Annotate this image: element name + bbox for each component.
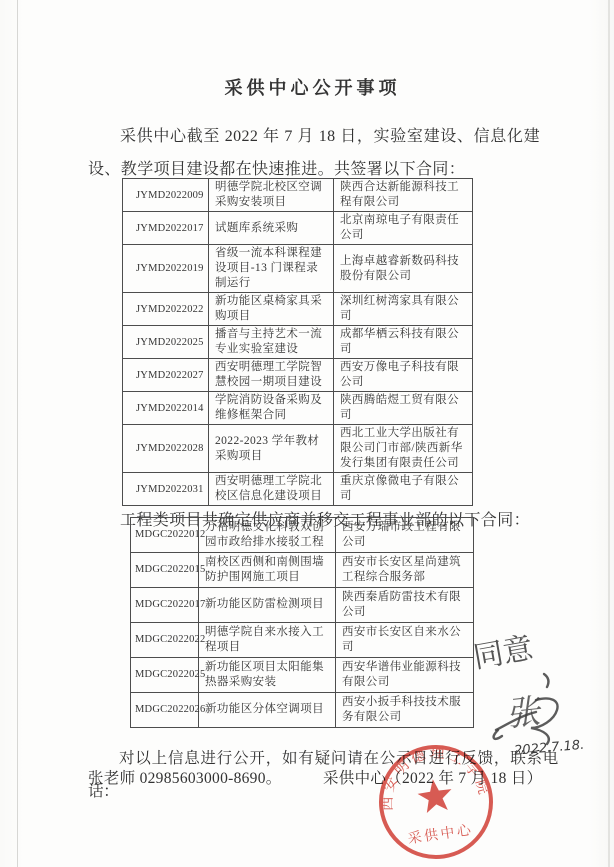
engineering-contracts-table: MDGC2022012 万裕明德文化科教双创园市政给排水接驳工程 西安万瑞市政工… xyxy=(130,517,474,728)
project-name: 万裕明德文化科教双创园市政给排水接驳工程 xyxy=(199,518,336,553)
project-name: 新功能区桌椅家具采购项目 xyxy=(209,293,334,326)
project-name: 新功能区项目太阳能集热器采购安装 xyxy=(199,658,336,693)
table-row: JYMD2022031 西安明德理工学院北校区信息化建设项目 重庆京像微电子有限… xyxy=(123,473,473,506)
supplier-name: 西安市长安区星尚建筑工程综合服务部 xyxy=(336,553,474,588)
contract-id: JYMD2022031 xyxy=(123,473,209,506)
supplier-name: 西北工业大学出版社有限公司门市部/陕西新华发行集团有限责任公司 xyxy=(334,425,473,473)
official-seal: 西安明德理工学院 采供中心 xyxy=(374,740,498,864)
table-row: JYMD2022027 西安明德理工学院智慧校园一期项目建设 西安万像电子科技有… xyxy=(123,359,473,392)
supplier-name: 北京南琼电子有限责任公司 xyxy=(334,212,473,245)
supplier-name: 西安万瑞市政工程有限公司 xyxy=(336,518,474,553)
project-name: 播音与主持艺术一流专业实验室建设 xyxy=(209,326,334,359)
supplier-name: 西安小扳手科技技术服务有限公司 xyxy=(336,693,474,728)
project-name: 2022-2023 学年教材采购项目 xyxy=(209,425,334,473)
purchase-contracts-table: JYMD2022009 明德学院北校区空调采购安装项目 陕西合达新能源科技工程有… xyxy=(122,178,473,506)
supplier-name: 成都华栖云科技有限公司 xyxy=(334,326,473,359)
table-row: JYMD2022014 学院消防设备采购及维修框架合同 陕西腾皓煜工贸有限公司 xyxy=(123,392,473,425)
signature-scribble xyxy=(494,730,502,739)
project-name: 南校区西侧和南侧围墙防护围网施工项目 xyxy=(199,553,336,588)
contract-id: MDGC2022022 xyxy=(131,623,199,658)
table-row: MDGC2022022 明德学院自来水接入工程项目 西安市长安区自来水公司 xyxy=(131,623,474,658)
signature-comma-stroke xyxy=(544,674,548,687)
supplier-name: 上海卓越睿新数码科技股份有限公司 xyxy=(334,245,473,293)
table-row: JYMD2022025 播音与主持艺术一流专业实验室建设 成都华栖云科技有限公司 xyxy=(123,326,473,359)
contract-id: JYMD2022009 xyxy=(123,179,209,212)
contact-phone: 张老师 02985603000-8690。 xyxy=(88,766,282,788)
contract-id: MDGC2022017 xyxy=(131,588,199,623)
project-name: 新功能区分体空调项目 xyxy=(199,693,336,728)
table-row: MDGC2022017 新功能区防雷检测项目 陕西秦盾防雷技术有限公司 xyxy=(131,588,474,623)
table-row: MDGC2022015 南校区西侧和南侧围墙防护围网施工项目 西安市长安区星尚建… xyxy=(131,553,474,588)
scan-edge-left xyxy=(17,0,18,867)
table-row: JYMD2022022 新功能区桌椅家具采购项目 深圳红树湾家具有限公司 xyxy=(123,293,473,326)
supplier-name: 陕西合达新能源科技工程有限公司 xyxy=(334,179,473,212)
contract-id: JYMD2022022 xyxy=(123,293,209,326)
seal-star-icon xyxy=(416,777,454,814)
contract-id: JYMD2022028 xyxy=(123,425,209,473)
project-name: 学院消防设备采购及维修框架合同 xyxy=(209,392,334,425)
project-name: 试题库系统采购 xyxy=(209,212,334,245)
table-row: MDGC2022012 万裕明德文化科教双创园市政给排水接驳工程 西安万瑞市政工… xyxy=(131,518,474,553)
table-row: JYMD2022028 2022-2023 学年教材采购项目 西北工业大学出版社… xyxy=(123,425,473,473)
project-name: 新功能区防雷检测项目 xyxy=(199,588,336,623)
supplier-name: 深圳红树湾家具有限公司 xyxy=(334,293,473,326)
page-title: 采供中心公开事项 xyxy=(17,74,608,100)
supplier-name: 西安万像电子科技有限公司 xyxy=(334,359,473,392)
contract-id: MDGC2022012 xyxy=(131,518,199,553)
signature-approval-text: 同意 xyxy=(471,631,536,676)
contract-id: JYMD2022014 xyxy=(123,392,209,425)
table-row: JYMD2022017 试题库系统采购 北京南琼电子有限责任公司 xyxy=(123,212,473,245)
signature-date-text: 2022.7.18. xyxy=(514,738,585,759)
intro-paragraph: 采供中心截至 2022 年 7 月 18 日，实验室建设、信息化建设、教学项目建… xyxy=(88,120,540,186)
table-row: MDGC2022026 新功能区分体空调项目 西安小扳手科技技术服务有限公司 xyxy=(131,693,474,728)
contract-id: JYMD2022027 xyxy=(123,359,209,392)
supplier-name: 西安市长安区自来水公司 xyxy=(336,623,474,658)
scan-edge-right xyxy=(608,0,610,867)
supplier-name: 重庆京像微电子有限公司 xyxy=(334,473,473,506)
project-name: 省级一流本科课程建设项目-13 门课程录制运行 xyxy=(209,245,334,293)
contract-id: JYMD2022019 xyxy=(123,245,209,293)
project-name: 明德学院自来水接入工程项目 xyxy=(199,623,336,658)
project-name: 西安明德理工学院智慧校园一期项目建设 xyxy=(209,359,334,392)
supplier-name: 西安华谱伟业能源科技有限公司 xyxy=(336,658,474,693)
contract-id: MDGC2022015 xyxy=(131,553,199,588)
document-page: 采供中心公开事项 采供中心截至 2022 年 7 月 18 日，实验室建设、信息… xyxy=(0,0,614,867)
project-name: 西安明德理工学院北校区信息化建设项目 xyxy=(209,473,334,506)
project-name: 明德学院北校区空调采购安装项目 xyxy=(209,179,334,212)
seal-center-text: 采供中心 xyxy=(407,821,475,847)
contract-id: JYMD2022017 xyxy=(123,212,209,245)
supplier-name: 陕西秦盾防雷技术有限公司 xyxy=(336,588,474,623)
contract-id: MDGC2022025 xyxy=(131,658,199,693)
contract-id: MDGC2022026 xyxy=(131,693,199,728)
contract-id: JYMD2022025 xyxy=(123,326,209,359)
signature-name-text: 张 xyxy=(504,691,545,735)
table-row: JYMD2022019 省级一流本科课程建设项目-13 门课程录制运行 上海卓越… xyxy=(123,245,473,293)
supplier-name: 陕西腾皓煜工贸有限公司 xyxy=(334,392,473,425)
table-row: JYMD2022009 明德学院北校区空调采购安装项目 陕西合达新能源科技工程有… xyxy=(123,179,473,212)
table-row: MDGC2022025 新功能区项目太阳能集热器采购安装 西安华谱伟业能源科技有… xyxy=(131,658,474,693)
